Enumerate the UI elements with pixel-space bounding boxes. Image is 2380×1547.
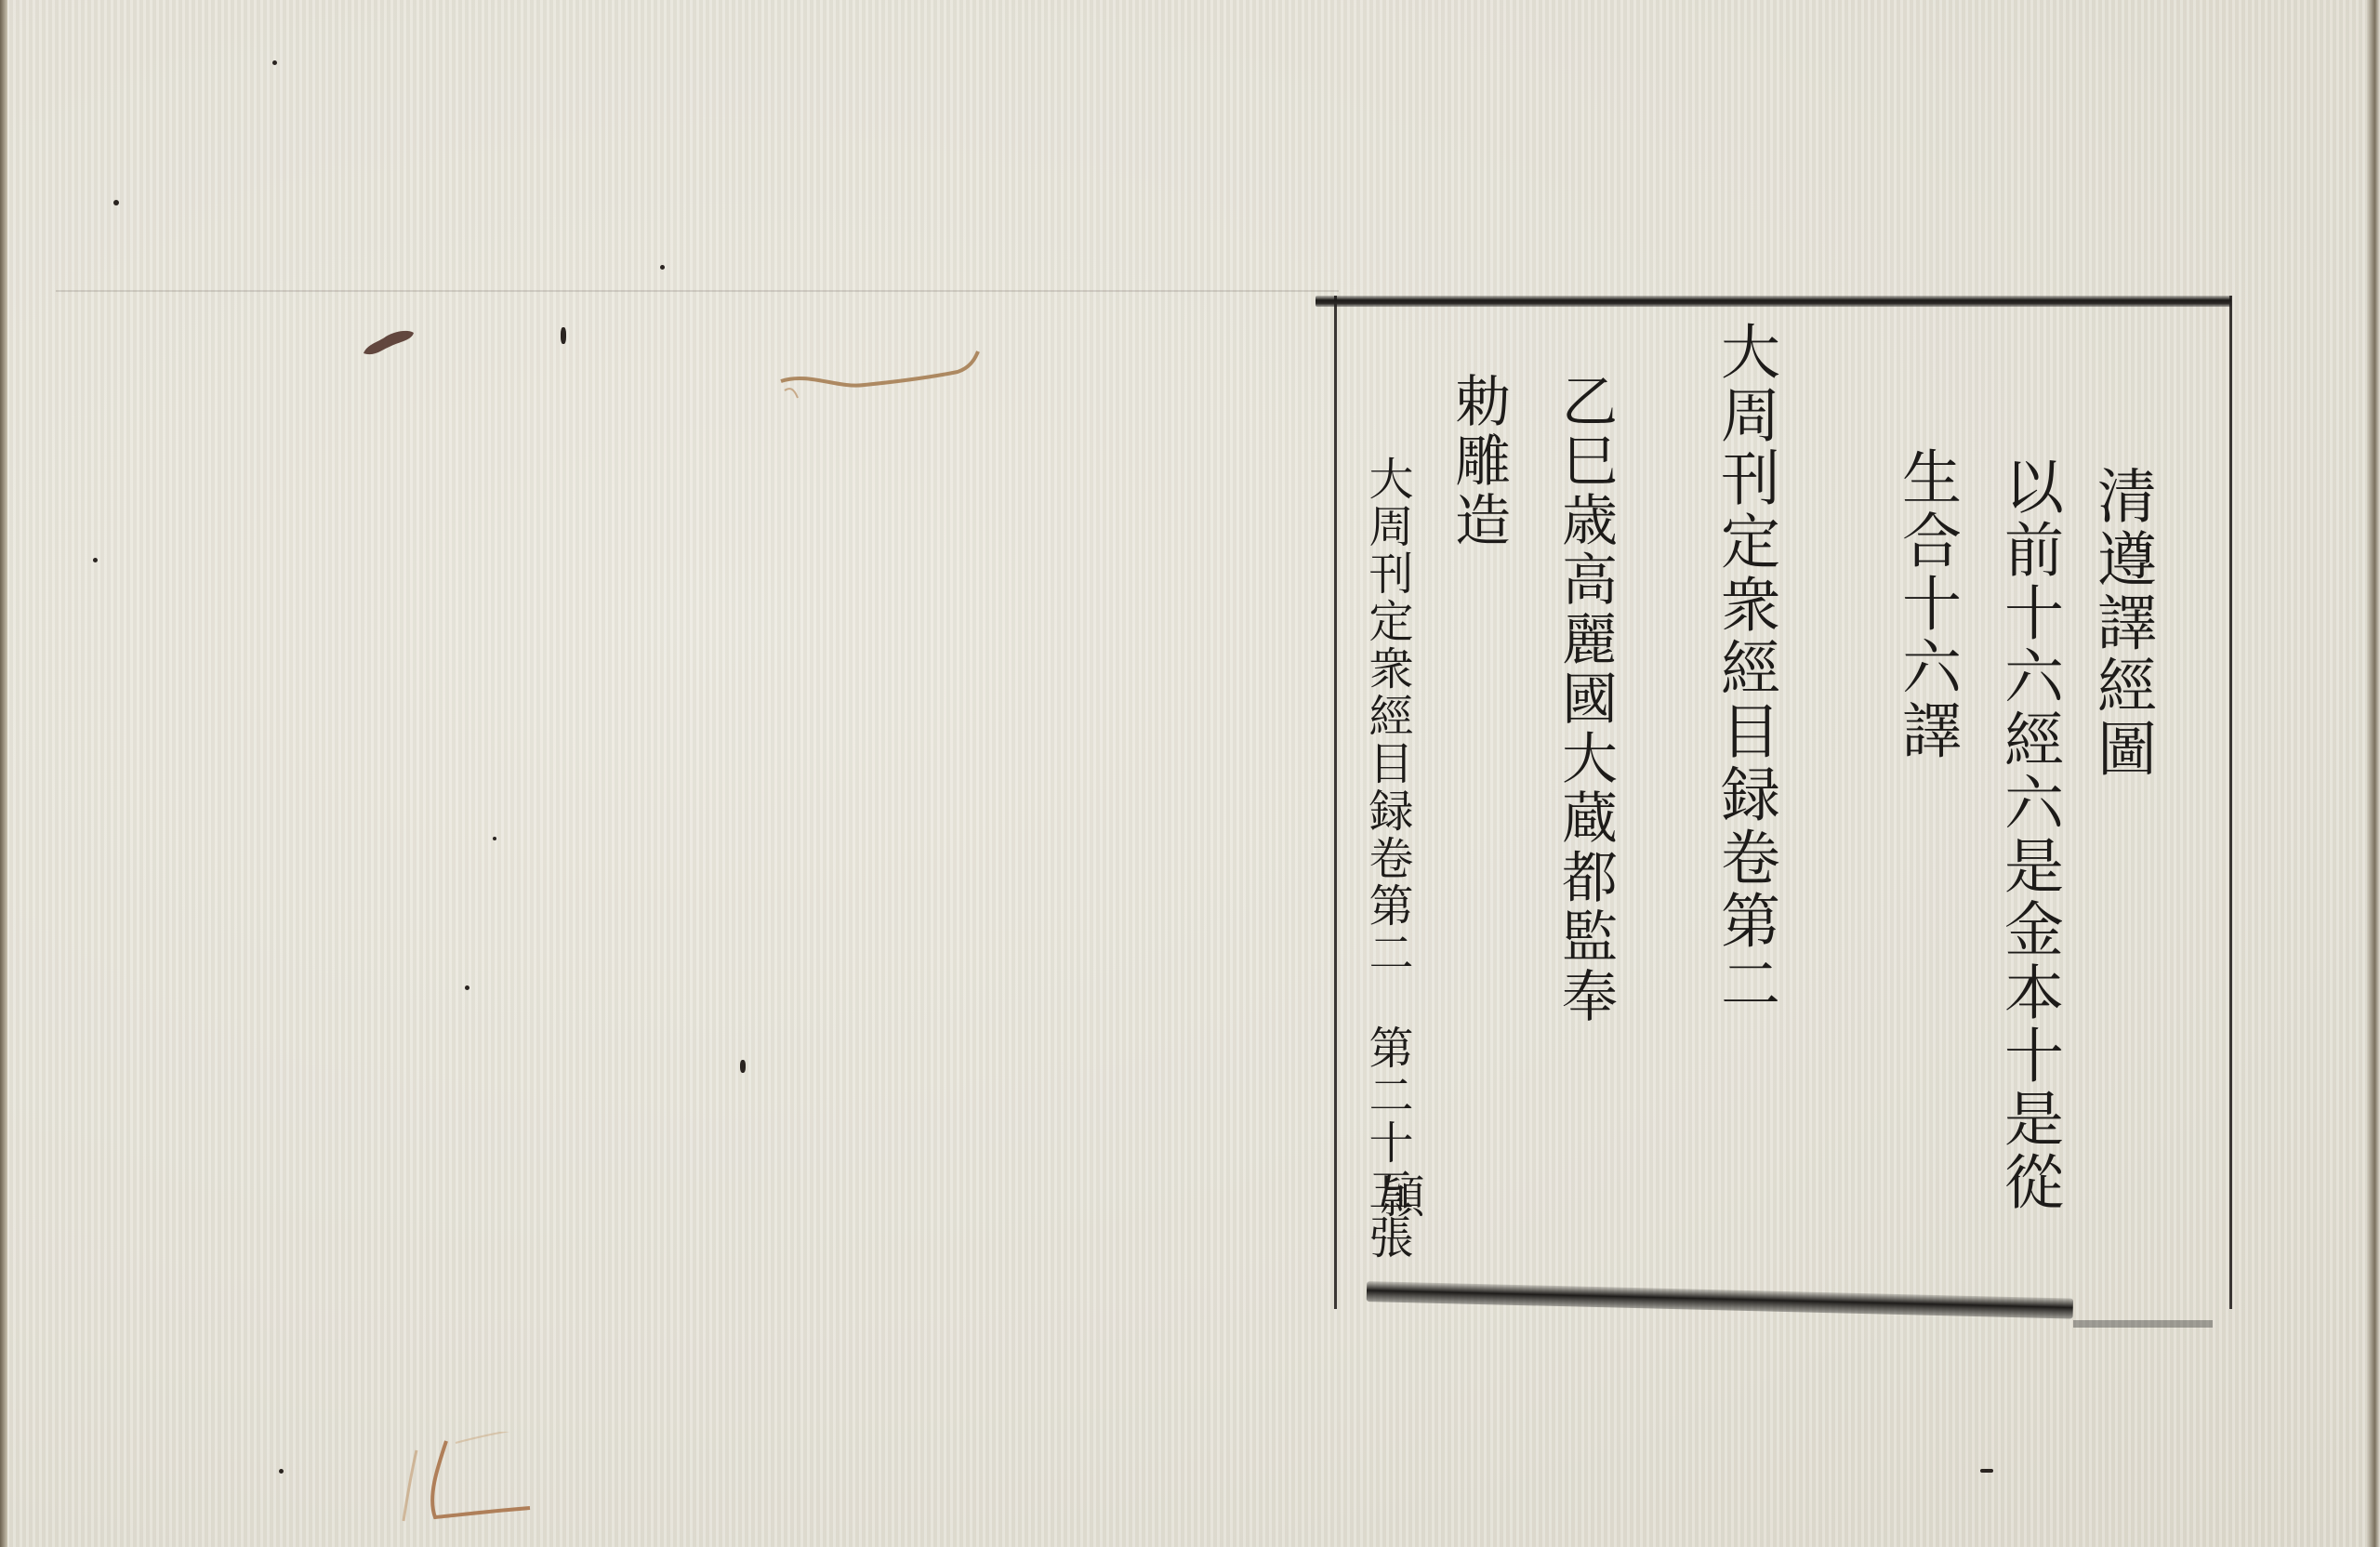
- speck: [740, 1060, 746, 1073]
- carver-mark: 頴: [1376, 1173, 1421, 1221]
- border-top-rule: [1316, 296, 2231, 307]
- colophon-continuation-column: 勅雕造: [1450, 372, 1506, 550]
- paper-fold-line: [56, 290, 1339, 292]
- text-column-2: 以前十六經六是金本十是從: [1999, 456, 2058, 1214]
- speck: [93, 558, 98, 562]
- page-right-edge: [2367, 0, 2380, 1547]
- brown-fiber-stain-icon: [772, 344, 985, 409]
- document-page: 清遵譯經圖 以前十六經六是金本十是從 生合十六譯 大周刊定衆經目録卷第二 乙巳歳…: [0, 0, 2380, 1547]
- speck: [113, 200, 119, 205]
- speck: [660, 265, 665, 270]
- border-bottom-rule-tail: [2073, 1320, 2213, 1328]
- margin-title-page-number: 大周刊定衆經目録卷第二 第二十五張: [1365, 456, 1409, 1262]
- dark-ink-blot-icon: [358, 325, 423, 363]
- text-column-1: 清遵譯經圖: [2092, 465, 2151, 781]
- fiber-mark-icon: [390, 1432, 549, 1534]
- volume-title-column: 大周刊定衆經目録卷第二: [1715, 321, 1775, 1016]
- speck: [493, 837, 496, 840]
- page-left-edge: [0, 0, 7, 1547]
- speck: [465, 985, 469, 990]
- speck: [279, 1469, 284, 1474]
- speck: [272, 60, 277, 65]
- colophon-column: 乙巳歳高麗國大蔵都監奉: [1557, 372, 1613, 1026]
- speck: [1980, 1469, 1993, 1473]
- text-column-3: 生合十六譯: [1897, 446, 1956, 762]
- speck: [561, 327, 566, 344]
